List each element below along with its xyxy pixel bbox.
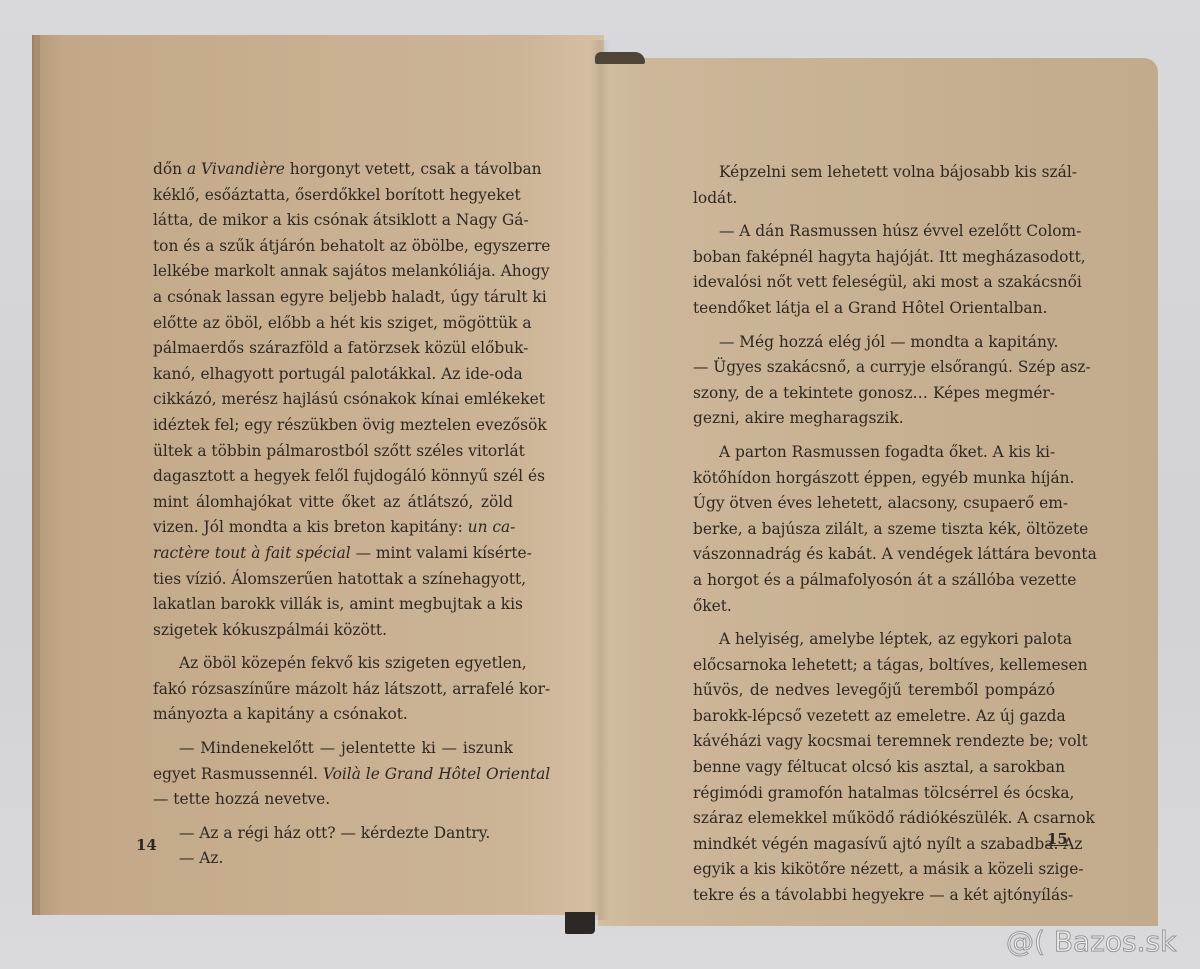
text-line: kéklő, esőáztatta, őserdőkkel borított h… — [153, 183, 513, 209]
text-line: Az öböl közepén fekvő kis szigeten egyet… — [153, 651, 513, 677]
text-line: száraz elemekkel működő rádiókészülék. A… — [693, 806, 1055, 832]
page-number-right: 15 — [1047, 830, 1068, 848]
text-line: Úgy ötven éves lehetett, alacsony, csupa… — [693, 491, 1055, 517]
text-line: őket. — [693, 594, 1055, 620]
text-line: vizen. Jól mondta a kis breton kapitány:… — [153, 515, 513, 541]
text-line: dőn a Vivandière horgonyt vetett, csak a… — [153, 157, 513, 183]
text-line: lodát. — [693, 186, 1055, 212]
text-line: kanó, elhagyott portugál palotákkal. Az … — [153, 362, 513, 388]
text-line: régimódi gramofón hatalmas tölcsérrel és… — [693, 781, 1055, 807]
text-line: egyik a kis kikötőre nézett, a másik a k… — [693, 857, 1055, 883]
text-line: dagasztott a hegyek felől fujdogáló könn… — [153, 464, 513, 490]
page-number-left: 14 — [136, 836, 157, 854]
text-line: barokk-lépcső vezetett az emeletre. Az ú… — [693, 704, 1055, 730]
text-line: tekre és a távolabbi hegyekre — a két aj… — [693, 883, 1055, 909]
text-line: lelkébe markolt annak sajátos melankóliá… — [153, 259, 513, 285]
text-line: látta, de mikor a kis csónak átsiklott a… — [153, 208, 513, 234]
right-page-text: Képzelni sem lehetett volna bájosabb kis… — [693, 160, 1055, 909]
open-book: dőn a Vivandière horgonyt vetett, csak a… — [0, 0, 1200, 969]
text-line: kötőhídon horgászott éppen, egyéb munka … — [693, 466, 1055, 492]
text-line: hűvös, de nedves levegőjű teremből pompá… — [693, 678, 1055, 704]
text-line: A helyiség, amelybe léptek, az egykori p… — [693, 627, 1055, 653]
text-line: a csónak lassan egyre beljebb haladt, úg… — [153, 285, 513, 311]
dialogue-line: — Az. — [153, 846, 513, 872]
text-line: — Mindenekelőtt — jelentette ki — iszunk — [153, 736, 513, 762]
text-line: előcsarnoka lehetett; a tágas, boltíves,… — [693, 653, 1055, 679]
spine-top-edge — [595, 52, 645, 64]
text-line: gezni, akire megharagszik. — [693, 406, 1055, 432]
text-line: mindkét végén magasívű ajtó nyílt a szab… — [693, 832, 1055, 858]
text-line: teendőket látja el a Grand Hôtel Orienta… — [693, 296, 1055, 322]
text-line: ton és a szűk átjárón behatolt az öbölbe… — [153, 234, 513, 260]
text-line: szigetek kókuszpálmái között. — [153, 618, 513, 644]
text-line: kávéházi vagy kocsmai teremnek rendezte … — [693, 729, 1055, 755]
text-line: ractère tout à fait spécial — mint valam… — [153, 541, 513, 567]
text-line: berke, a bajúsza zilált, a szeme tiszta … — [693, 517, 1055, 543]
text-line: idéztek fel; egy részükben övig meztelen… — [153, 413, 513, 439]
text-line: egyet Rasmussennél. Voilà le Grand Hôtel… — [153, 762, 513, 788]
watermark-logo: @( Bazos.sk — [1006, 925, 1176, 958]
text-line: A parton Rasmussen fogadta őket. A kis k… — [693, 440, 1055, 466]
left-page-text: dőn a Vivandière horgonyt vetett, csak a… — [153, 157, 513, 872]
spine-bottom-edge — [565, 912, 595, 934]
text-line: pálmaerdős szárazföld a fatörzsek közül … — [153, 336, 513, 362]
text-line: mint álomhajókat vitte őket az átlátszó,… — [153, 490, 513, 516]
text-line: idevalósi nőt vett feleségül, aki most a… — [693, 270, 1055, 296]
text-line: — tette hozzá nevetve. — [153, 787, 513, 813]
dialogue-line: — Az a régi ház ott? — kérdezte Dantry. — [153, 821, 513, 847]
text-line: — Még hozzá elég jól — mondta a kapitány… — [693, 330, 1055, 356]
text-line: ültek a többin pálmarostból szőtt széles… — [153, 439, 513, 465]
text-line: lakatlan barokk villák is, amint megbujt… — [153, 592, 513, 618]
text-line: mányozta a kapitány a csónakot. — [153, 702, 513, 728]
text-line: cikkázó, merész hajlású csónakok kínai e… — [153, 387, 513, 413]
text-line: — Ügyes szakácsnő, a curryje elsőrangú. … — [693, 355, 1055, 381]
text-line: előtte az öböl, előbb a hét kis sziget, … — [153, 311, 513, 337]
book-gutter — [590, 40, 610, 920]
text-line: Képzelni sem lehetett volna bájosabb kis… — [693, 160, 1055, 186]
text-line: a horgot és a pálmafolyosón át a szállób… — [693, 568, 1055, 594]
text-line: — A dán Rasmussen húsz évvel ezelőtt Col… — [693, 219, 1055, 245]
text-line: boban faképnél hagyta hajóját. Itt meghá… — [693, 245, 1055, 271]
text-line: szony, de a tekintete gonosz… Képes megm… — [693, 381, 1055, 407]
text-line: benne vagy féltucat olcsó kis asztal, a … — [693, 755, 1055, 781]
text-line: ties vízió. Álomszerűen hatottak a színe… — [153, 567, 513, 593]
text-line: fakó rózsaszínűre mázolt ház látszott, a… — [153, 677, 513, 703]
text-line: vászonnadrág és kabát. A vendégek láttár… — [693, 542, 1055, 568]
